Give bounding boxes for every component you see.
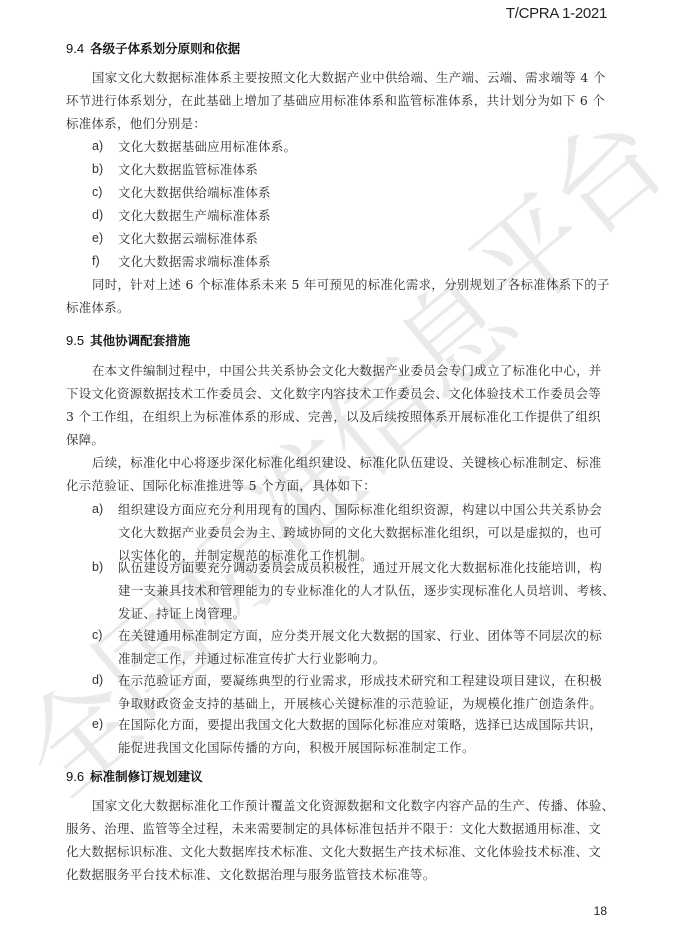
list-item-line: 建一支兼具技术和管理能力的专业标准化的人才队伍，逐步实现标准化人员培训、考核、 [118, 583, 615, 599]
list-label: a) [92, 139, 103, 153]
paragraph-line: 保障。 [66, 432, 609, 448]
list-label: c) [92, 185, 102, 199]
list-label: b) [92, 560, 103, 574]
list-label: b) [92, 162, 103, 176]
list-item: 文化大数据云端标准体系 [118, 231, 258, 247]
watermark-char: 平 [432, 153, 618, 345]
list-label: f) [92, 254, 100, 268]
list-item: 文化大数据监管标准体系 [118, 162, 258, 178]
paragraph-line: 后续，标准化中心将逐步深化标准化组织建设、标准化队伍建设、关键核心标准制定、标准 [92, 455, 602, 471]
list-item: 文化大数据生产端标准体系 [118, 208, 271, 224]
page-number: 18 [594, 904, 607, 918]
section-title: 标准制修订规划建议 [90, 769, 203, 784]
list-item: 文化大数据需求端标准体系 [118, 254, 271, 270]
section-number: 9.4 [66, 41, 84, 56]
paragraph-line: 在本文件编制过程中，中国公共关系协会文化大数据产业委员会专门成立了标准化中心，并 [92, 363, 602, 379]
list-item: 文化大数据基础应用标准体系。 [118, 139, 296, 155]
paragraph-line: 化大数据标识标准、文化大数据库技术标准、文化大数据生产技术标准、文化体验技术标准… [66, 844, 609, 860]
list-label: e) [92, 717, 103, 731]
list-item-line: 争取财政资金支持的基础上，开展核心关键标准的示范验证，为规模化推广创造条件。 [118, 696, 602, 712]
list-item-line: 在关键通用标准制定方面，应分类开展文化大数据的国家、行业、团体等不同层次的标 [118, 628, 602, 644]
list-item-line: 发证、持证上岗管理。 [118, 606, 245, 622]
paragraph-line: 环节进行体系划分，在此基础上增加了基础应用标准体系和监管标准体系，共计划分为如下… [66, 93, 609, 109]
paragraph-line: 标准体系，他们分别是： [66, 116, 609, 132]
list-item: 文化大数据供给端标准体系 [118, 185, 271, 201]
paragraph-line: 服务、治理、监管等全过程，未来需要制定的具体标准包括并不限于：文化大数据通用标准… [66, 821, 609, 837]
list-item-line: 在国际化方面，要提出我国文化大数据的国际化标准应对策略，选择已达成国际共识， [118, 717, 602, 733]
document-id-header: T/CPRA 1-2021 [506, 5, 607, 22]
paragraph-line: 国家文化大数据标准体系主要按照文化大数据产业中供给端、生产端、云端、需求端等 4… [92, 70, 606, 86]
document-page: 全 国 标 准 信 息 平 台 T/CPRA 1-2021 9.4各级子体系划分… [0, 0, 674, 935]
list-label: e) [92, 231, 103, 245]
paragraph-line: 同时，针对上述 6 个标准体系未来 5 年可预见的标准化需求，分别规划了各标准体… [92, 277, 610, 293]
list-label: c) [92, 628, 102, 642]
paragraph-line: 化数据服务平台技术标准、文化数据治理与服务监管技术标准等。 [66, 867, 609, 883]
paragraph-line: 国家文化大数据标准化工作预计覆盖文化资源数据和文化数字内容产品的生产、传播、体验… [92, 798, 614, 814]
list-item-line: 文化大数据产业委员会为主、跨域协同的文化大数据标准化组织，可以是虚拟的，也可 [118, 525, 602, 541]
paragraph-line: 标准体系。 [66, 300, 609, 316]
section-title: 各级子体系划分原则和依据 [90, 41, 240, 56]
list-label: d) [92, 208, 103, 222]
section-heading-9-4: 9.4各级子体系划分原则和依据 [66, 39, 240, 57]
list-label: a) [92, 502, 103, 516]
list-item-line: 能促进我国文化国际传播的方向，积极开展国际标准制定工作。 [118, 740, 475, 756]
section-title: 其他协调配套措施 [90, 333, 190, 348]
list-item-line: 队伍建设方面要充分调动委员会成员积极性，通过开展文化大数据标准化技能培训，构 [118, 560, 602, 576]
section-heading-9-5: 9.5其他协调配套措施 [66, 331, 190, 349]
paragraph-line: 3 个工作组，在组织上为标准体系的形成、完善，以及后续按照体系开展标准化工作提供… [66, 409, 609, 425]
paragraph-line: 下设文化资源数据技术工作委员会、文化数字内容技术工作委员会、文化体验技术工作委员… [66, 386, 609, 402]
section-number: 9.6 [66, 769, 84, 784]
list-label: d) [92, 673, 103, 687]
section-heading-9-6: 9.6标准制修订规划建议 [66, 767, 203, 785]
list-item-line: 准制定工作，并通过标准宣传扩大行业影响力。 [118, 651, 386, 667]
list-item-line: 组织建设方面应充分利用现有的国内、国际标准化组织资源，构建以中国公共关系协会 [118, 502, 602, 518]
section-number: 9.5 [66, 333, 84, 348]
list-item-line: 在示范验证方面，要凝练典型的行业需求，形成技术研究和工程建设项目建议，在积极 [118, 673, 602, 689]
paragraph-line: 化示范验证、国际化标准推进等 5 个方面，具体如下： [66, 478, 609, 494]
